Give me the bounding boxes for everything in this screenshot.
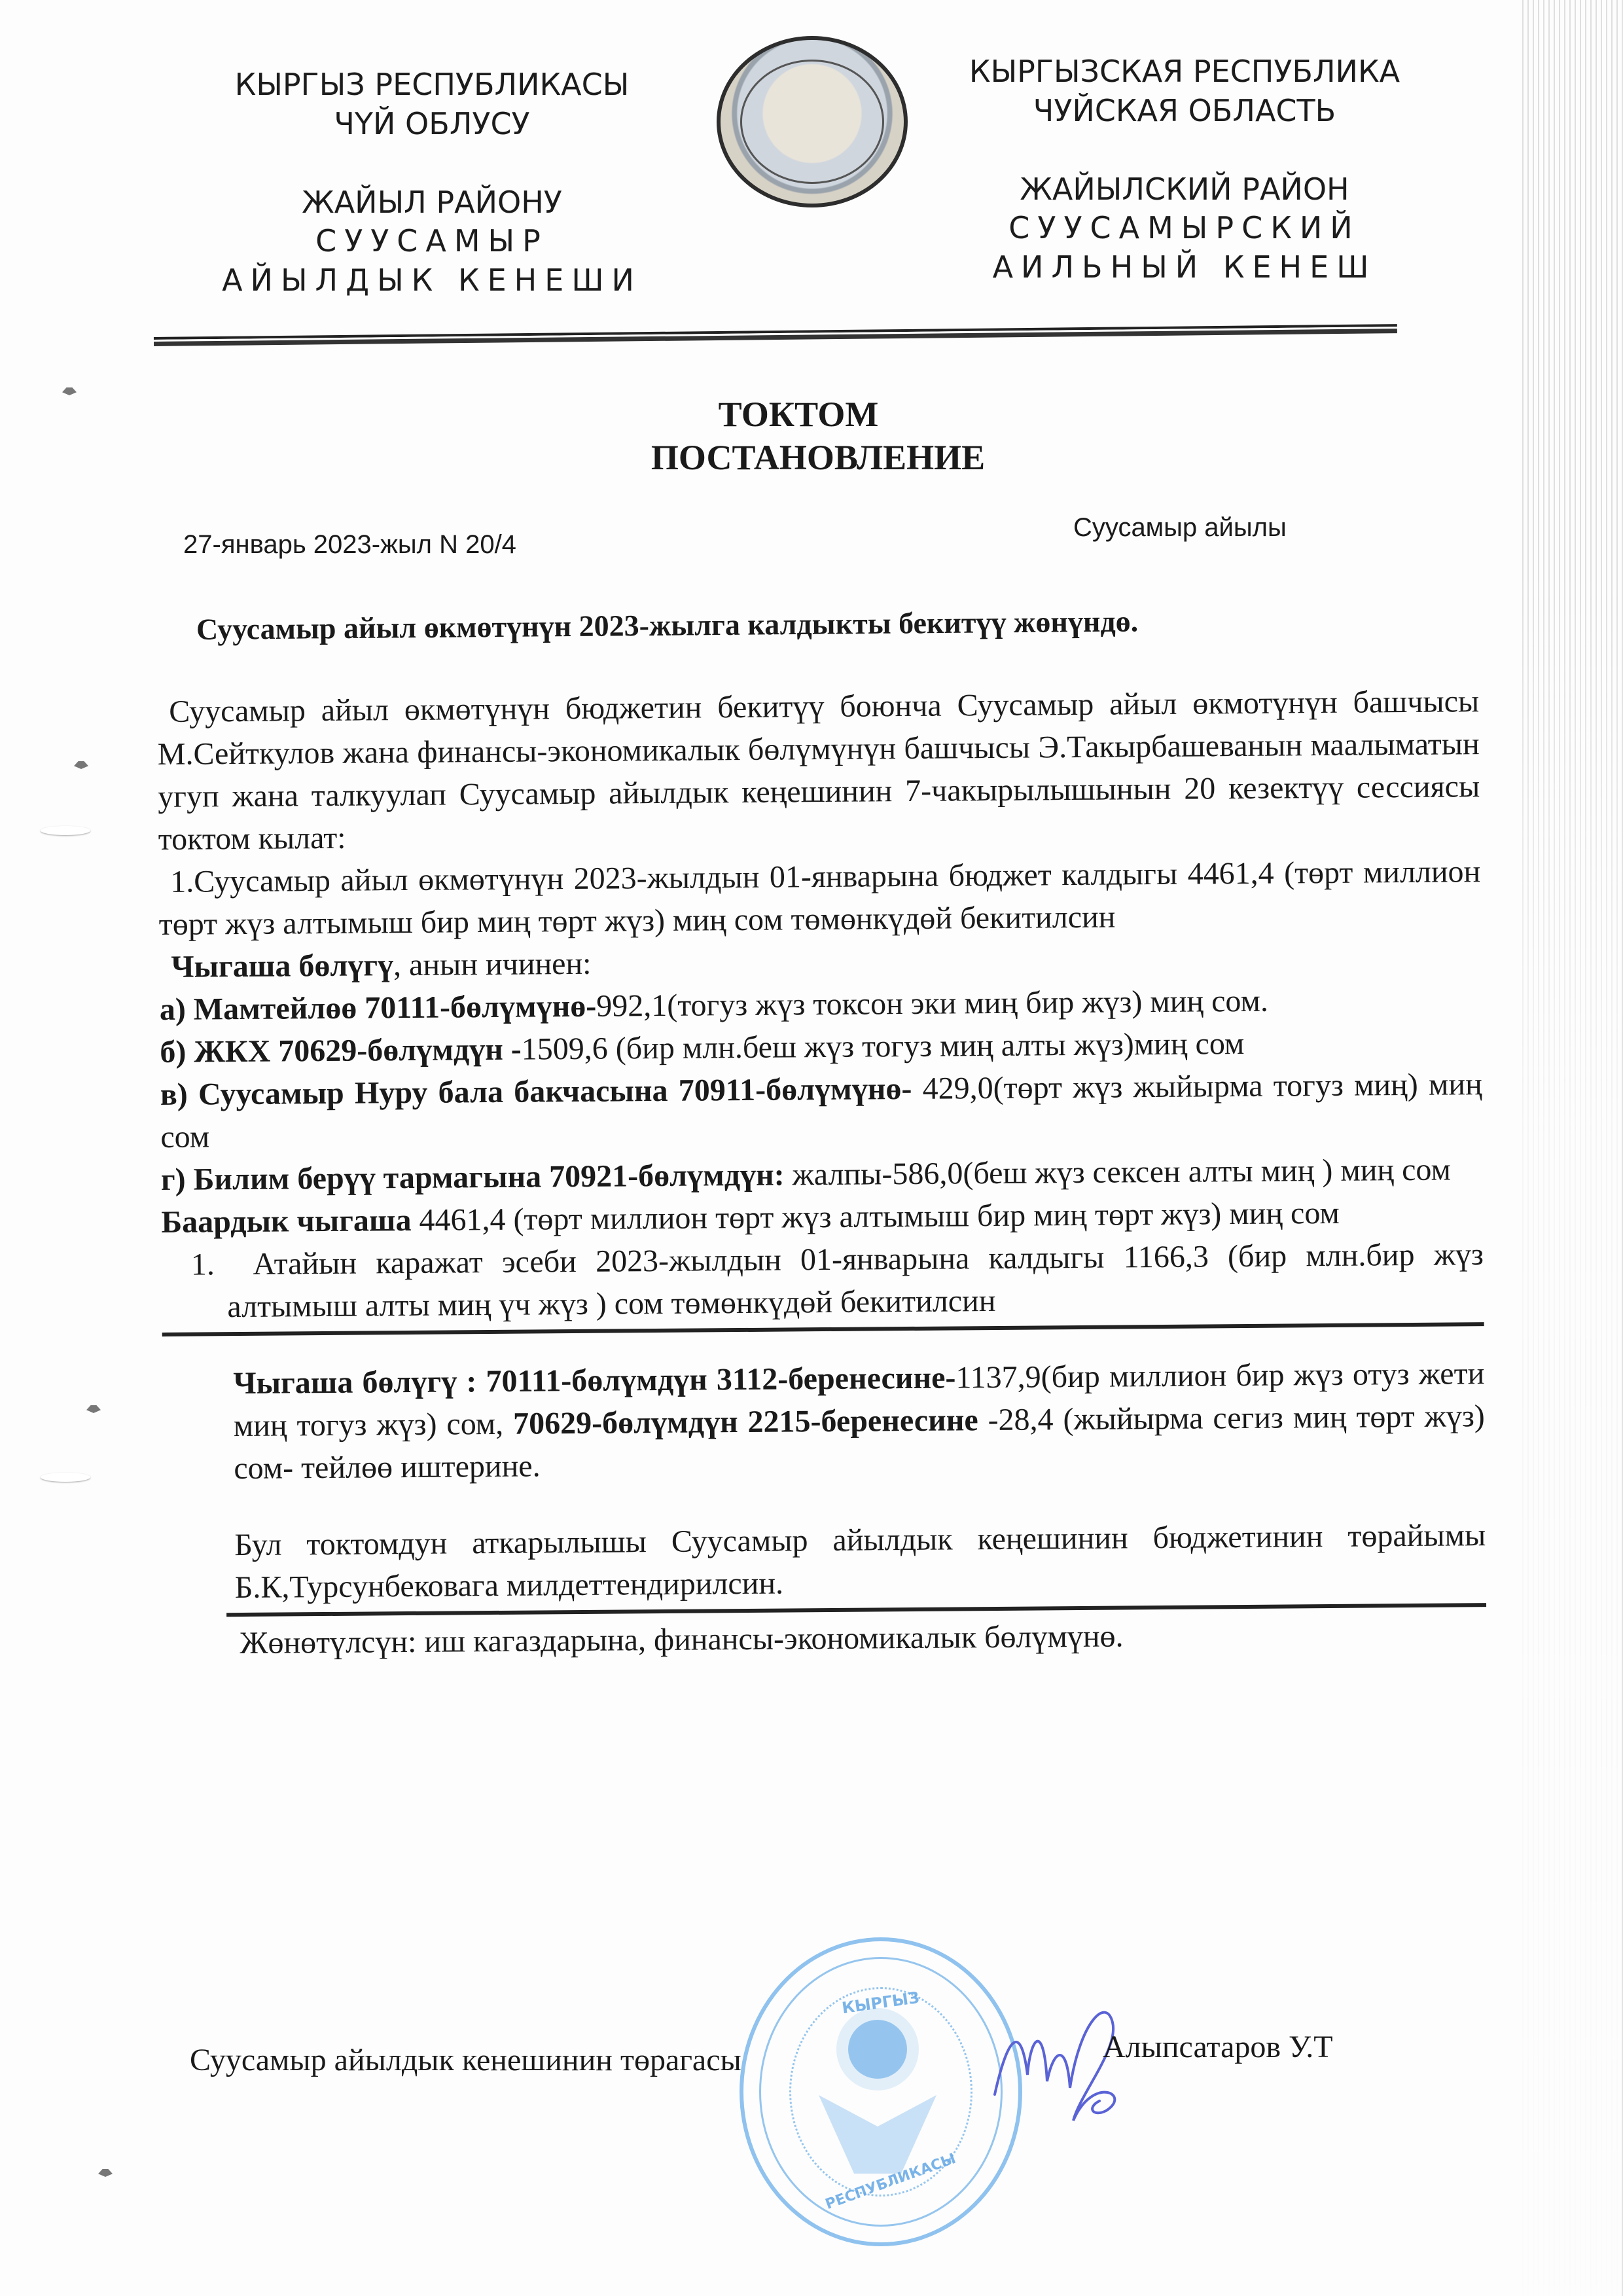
expense-item-a-value: 992,1(тогуз жүз токсон эки миң бир жүз) … <box>596 984 1268 1024</box>
document-page: КЫРГЫЗ РЕСПУБЛИКАСЫ ЧҮЙ ОБЛУСУ ЖАЙЫЛ РАЙ… <box>0 0 1623 2296</box>
punch-hole <box>41 826 90 835</box>
title-kyrgyz: ТОКТОМ <box>0 394 1610 435</box>
signatory-name: Алыпсатаров У.Т <box>1103 2029 1333 2065</box>
special-account-number: 1. <box>191 1247 215 1282</box>
special-expense-paragraph: Чыгаша бөлүгү : 70111-бөлүмдүн 3112-бере… <box>162 1352 1485 1490</box>
header-left-line1: КЫРГЫЗ РЕСПУБЛИКАСЫ <box>196 65 668 105</box>
header-right-line1: КЫРГЫЗСКАЯ РЕСПУБЛИКА <box>890 52 1479 92</box>
official-stamp: КЫРГЫЗ РЕСПУБЛИКАСЫ <box>740 1937 1022 2246</box>
header-right-russian: КЫРГЫЗСКАЯ РЕСПУБЛИКА ЧУЙСКАЯ ОБЛАСТЬ ЖА… <box>890 52 1479 287</box>
place-of-issue: Суусамыр айылы <box>1073 513 1287 543</box>
scanner-edge-artifact <box>1518 0 1623 2296</box>
header-right-line5: АИЛЬНЫЙ КЕНЕШ <box>890 248 1479 287</box>
signatory-title: Суусамыр айылдык кенешинин төрагасы <box>190 2042 741 2078</box>
header-right-line2: ЧУЙСКАЯ ОБЛАСТЬ <box>890 92 1479 131</box>
item-1-paragraph: 1.Суусамыр айыл өкмөтүнүн 2023-жылдын 01… <box>158 850 1481 946</box>
coat-of-arms-icon <box>717 36 908 207</box>
expense-item-b-label: б) ЖКХ 70629-бөлүмдүн - <box>160 1032 522 1069</box>
preamble-paragraph: Суусамыр айыл өкмөтүнүн бюджетин бекитүү… <box>157 680 1480 861</box>
stamp-sun-icon <box>848 2020 907 2079</box>
binder-clip-icon <box>98 2169 113 2177</box>
header-left-line3: ЖАЙЫЛ РАЙОНУ <box>196 183 668 223</box>
expense-item-a-label: а) Мамтейлөө 70111-бөлүмүнө- <box>160 989 597 1027</box>
special-account-paragraph: 1. Атайын каражат эсеби 2023-жылдын 01-я… <box>162 1233 1484 1329</box>
header-left-line5: АЙЫЛДЫК КЕНЕШИ <box>196 261 668 300</box>
document-subject: Суусамыр айыл өкмөтүнүн 2023-жылга калды… <box>196 603 1139 647</box>
special-account-text: Атайын каражат эсеби 2023-жылдын 01-янва… <box>227 1237 1484 1324</box>
special-expense-label-2: 70629-бөлүмдүн 2215-беренесине <box>513 1403 978 1441</box>
binder-clip-icon <box>86 1405 101 1413</box>
expense-item-c-label: в) Суусамыр Нуру бала бакчасына 70911-бө… <box>160 1071 923 1112</box>
header-left-line4: СУУСАМЫР <box>196 222 668 261</box>
header-left-line2: ЧҮЙ ОБЛУСУ <box>196 105 668 144</box>
header-right-line4: СУУСАМЫРСКИЙ <box>890 209 1479 248</box>
expense-total-label: Баардык чыгаша <box>161 1203 419 1240</box>
header-divider <box>154 324 1397 346</box>
date-and-number: 27-январь 2023-жыл N 20/4 <box>183 530 516 560</box>
binder-clip-icon <box>74 761 88 769</box>
header-right-line3: ЖАЙЫЛСКИЙ РАЙОН <box>890 170 1479 209</box>
expense-heading-bold: Чыгаша бөлүгү <box>171 948 393 984</box>
document-body: Суусамыр айыл өкмөтүнүн бюджетин бекитүү… <box>157 680 1487 1665</box>
expense-item-b-value: 1509,6 (бир млн.беш жүз тогуз миң алты ж… <box>522 1026 1245 1067</box>
punch-hole <box>41 1473 90 1482</box>
execution-paragraph: Бул токтомдун аткарылышы Суусамыр айылды… <box>164 1514 1486 1609</box>
expense-total-value: 4461,4 (төрт миллион төрт жүз алтымыш би… <box>419 1196 1340 1238</box>
expense-item-c: в) Суусамыр Нуру бала бакчасына 70911-бө… <box>160 1063 1483 1158</box>
expense-item-d-value: жалпы-586,0(беш жүз сексен алты миң ) ми… <box>792 1152 1451 1192</box>
header-left-kyrgyz: КЫРГЫЗ РЕСПУБЛИКАСЫ ЧҮЙ ОБЛУСУ ЖАЙЫЛ РАЙ… <box>196 65 668 300</box>
title-russian: ПОСТАНОВЛЕНИЕ <box>7 437 1623 478</box>
expense-heading-rest: , анын ичинен: <box>393 946 592 982</box>
special-expense-label-1: Чыгаша бөлүгү : 70111-бөлүмдүн 3112-бере… <box>233 1360 955 1401</box>
distribution-line: Жөнөтүлсүн: иш кагаздарына, финансы-экон… <box>164 1612 1486 1665</box>
expense-item-d-label: г) Билим берүү тармагына 70921-бөлүмдүн: <box>161 1157 793 1197</box>
